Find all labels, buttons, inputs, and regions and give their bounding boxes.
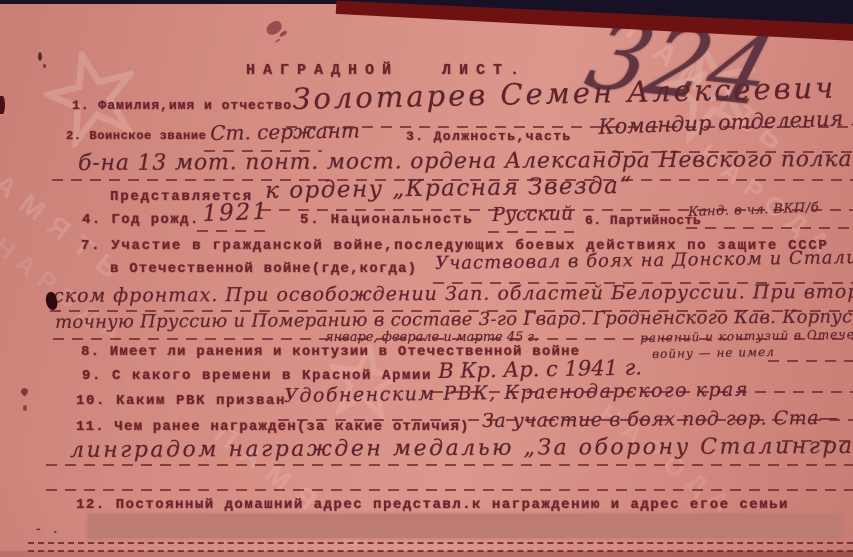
field-2-value: Ст. сержант	[210, 118, 360, 145]
field-11-value-line1: За участие в боях под гор. Ста—	[482, 407, 839, 432]
field-11-value-line2: линградом награжден медалью „За оборону …	[70, 434, 853, 463]
field-9-value: В Кр. Ар. с 1941 г.	[438, 355, 642, 383]
field-7-value-line2: ском фронтах. При освобождении Зап. обла…	[53, 280, 853, 307]
pencil-tick: - .	[36, 521, 62, 537]
ink-smudge	[264, 19, 283, 36]
dashed-underline	[768, 360, 853, 362]
dashed-underline	[686, 227, 853, 229]
field-5-label: 5. Национальность	[300, 212, 473, 228]
ink-speck	[38, 52, 42, 61]
field-8-value-line1: ранений и контузий в Отечеств.	[640, 327, 853, 345]
field-2-label: 2. Воинское звание	[66, 129, 206, 143]
section-separator-rule	[46, 489, 853, 491]
red-mark	[23, 405, 27, 411]
field-11-label: 11. Чем ранее награжден(за какие отличия…	[76, 419, 470, 435]
scan-bottom-shadow	[0, 551, 853, 557]
field-6-label: 6. Партийность	[585, 213, 701, 228]
ink-speck	[43, 64, 46, 68]
submission-value: к ордену „Красная Звезда“	[265, 173, 633, 204]
field-4-value: 1921	[202, 199, 269, 227]
field-1-label: 1. Фамилия,имя и отчество	[72, 98, 292, 113]
award-sheet-scan: ПАМЯТЬ НАРОДА ПАМЯТЬ НАРОДА ПАМЯТЬ НАРОД…	[0, 0, 853, 557]
document-title: НАГРАДНОЙ ЛИСТ.	[246, 62, 527, 79]
field-3-label: 3. Должность,часть	[406, 129, 572, 144]
field-7-label-line2: в Отечественной войне(где,когда)	[110, 261, 417, 277]
field-12-label: 12. Постоянный домашний адрес представл.…	[76, 497, 789, 513]
field-5-value: Русский	[492, 203, 573, 226]
dashed-underline	[197, 230, 271, 232]
field-9-label: 9. С какого времени в Красной Армии	[82, 368, 432, 384]
field-8-value-line2: войну — не имел	[652, 345, 775, 361]
field-4-label: 4. Год рожд.	[82, 212, 200, 228]
dashed-underline	[488, 231, 574, 233]
field-10-label: 10. Каким РВК призван	[76, 393, 286, 409]
field-3-value-line2: б-на 13 мот. понт. мост. ордена Александ…	[78, 147, 853, 176]
red-mark	[20, 387, 30, 397]
edge-notch	[0, 96, 5, 114]
dashed-underline	[46, 464, 853, 466]
field-7-value-line4: январе, феврале и марте 45 г.	[325, 330, 538, 345]
redaction-bar	[88, 514, 842, 538]
